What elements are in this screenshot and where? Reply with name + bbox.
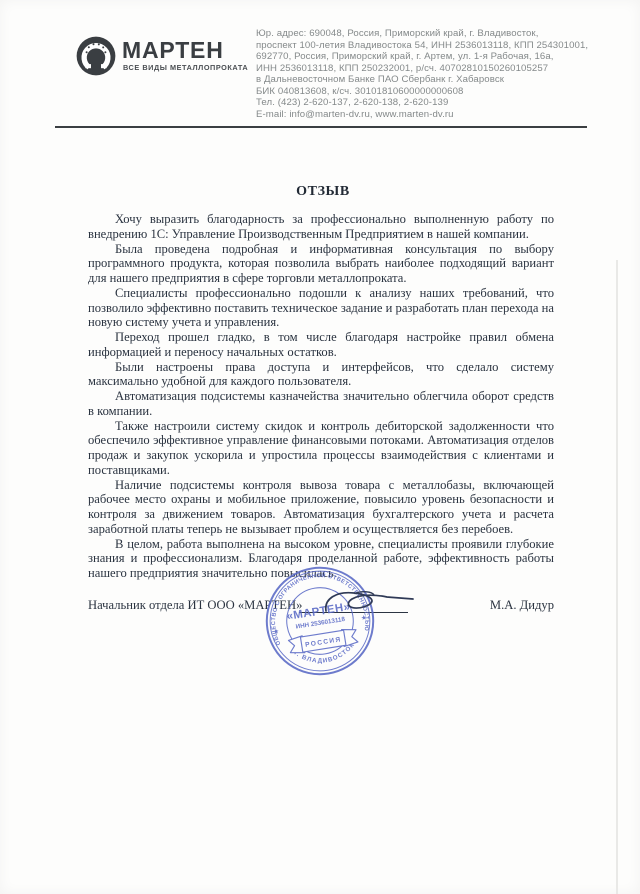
company-seal-stamp: ОБЩЕСТВО С ОГРАНИЧЕННОЙ ОТВЕТСТВЕННОСТЬЮ… bbox=[255, 556, 385, 686]
paragraph: Автоматизация подсистемы казначейства зн… bbox=[88, 389, 554, 419]
scan-artifact-line bbox=[616, 260, 618, 894]
signer-name: М.А. Дидур bbox=[490, 598, 554, 613]
letterhead-address-block: Юр. адрес: 690048, Россия, Приморский кр… bbox=[256, 28, 582, 120]
paragraph: Хочу выразить благодарность за профессио… bbox=[88, 212, 554, 242]
letter-body: Хочу выразить благодарность за профессио… bbox=[88, 212, 554, 581]
letterhead-divider bbox=[55, 126, 587, 128]
address-line: проспект 100-летия Владивостока 54, ИНН … bbox=[256, 40, 582, 52]
address-line: БИК 040813608, к/сч. 3010181060000000060… bbox=[256, 86, 582, 98]
paragraph: Специалисты профессионально подошли к ан… bbox=[88, 286, 554, 330]
scanned-letter-page: МАРТЕН ВСЕ ВИДЫ МЕТАЛЛОПРОКАТА Юр. адрес… bbox=[0, 0, 640, 894]
horseshoe-logo-icon bbox=[76, 36, 116, 76]
address-line: ИНН 2536013118, КПП 250232001, р/сч. 407… bbox=[256, 63, 582, 75]
paragraph: Наличие подсистемы контроля вывоза товар… bbox=[88, 478, 554, 537]
company-logo-name: МАРТЕН bbox=[122, 37, 224, 64]
company-logo-tagline: ВСЕ ВИДЫ МЕТАЛЛОПРОКАТА bbox=[123, 63, 248, 72]
address-line: в Дальневосточном Банке ПАО Сбербанк г. … bbox=[256, 74, 582, 86]
address-line: Юр. адрес: 690048, Россия, Приморский кр… bbox=[256, 28, 582, 40]
email-line: E-mail: info@marten-dv.ru, www.marten-dv… bbox=[256, 109, 582, 121]
paragraph: Была проведена подробная и информативная… bbox=[88, 242, 554, 286]
star-icon: ★ bbox=[273, 627, 280, 636]
paragraph: Также настроили систему скидок и контрол… bbox=[88, 419, 554, 478]
paragraph: Были настроены права доступа и интерфейс… bbox=[88, 360, 554, 390]
handwritten-signature bbox=[322, 589, 417, 617]
address-line: 692770, Россия, Приморский край, г. Арте… bbox=[256, 51, 582, 63]
paragraph: Переход прошел гладко, в том числе благо… bbox=[88, 330, 554, 360]
phone-line: Тел. (423) 2-620-137, 2-620-138, 2-620-1… bbox=[256, 97, 582, 109]
letter-title: ОТЗЫВ bbox=[88, 184, 558, 200]
